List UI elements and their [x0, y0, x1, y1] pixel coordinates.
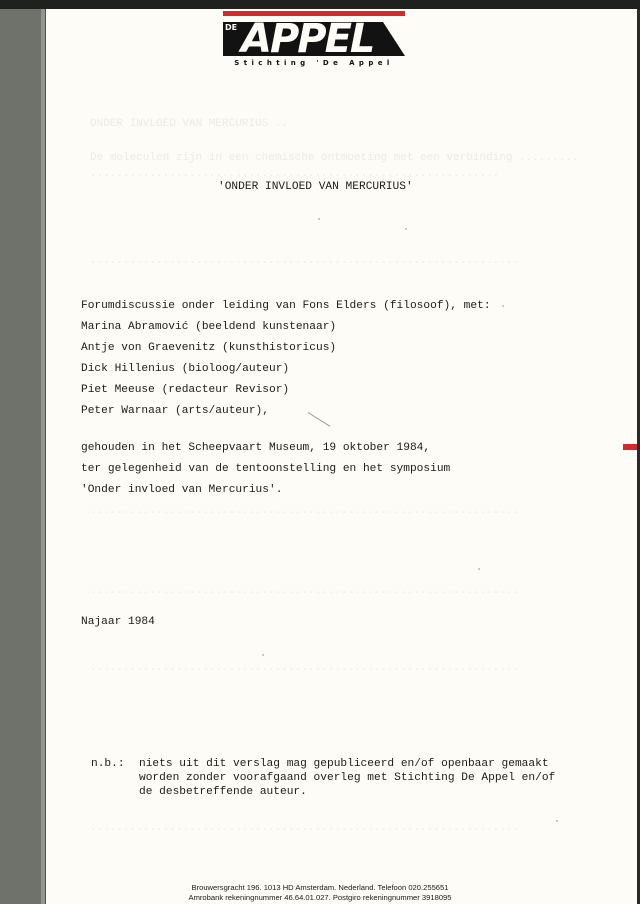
logo-red-bar	[223, 11, 405, 16]
bleed-through-text: ........................................…	[90, 585, 580, 597]
participant: Piet Meeuse (redacteur Revisor)	[81, 383, 289, 397]
bleed-through-text: ........................................…	[90, 505, 580, 517]
footer-bank: Amrobank rekeningnummer 46.64.01.027. Po…	[160, 893, 480, 902]
logo-word: APPEL	[241, 22, 373, 56]
binder-spine	[0, 9, 41, 904]
de-appel-logo: DE APPEL Stichting 'De Appel	[222, 9, 406, 69]
document-date: Najaar 1984	[81, 615, 155, 629]
participant: Antje von Graevenitz (kunsthistoricus)	[81, 341, 336, 355]
participant: Marina Abramović (beeldend kunstenaar)	[81, 320, 336, 334]
occasion-line: ter gelegenheid van de tentoonstelling e…	[81, 462, 450, 476]
bleed-through-text: ........................................…	[90, 822, 580, 834]
bleed-through-text: De moleculen zijn in een chemische ontmo…	[90, 152, 580, 164]
participant: Dick Hillenius (bioloog/auteur)	[81, 362, 289, 376]
note-line: niets uit dit verslag mag gepubliceerd e…	[139, 757, 549, 771]
paper-speck	[405, 228, 407, 230]
logo-subtitle: Stichting 'De Appel	[222, 59, 406, 67]
forum-intro: Forumdiscussie onder leiding van Fons El…	[81, 299, 491, 313]
paper-speck	[556, 820, 558, 822]
occasion-line: gehouden in het Scheepvaart Museum, 19 o…	[81, 441, 430, 455]
bleed-through-text: ........................................…	[90, 255, 580, 267]
logo-prefix: DE	[225, 23, 237, 32]
logo-notch	[383, 22, 405, 56]
note-line: worden zonder voorafgaand overleg met St…	[139, 771, 555, 785]
paper-speck	[478, 568, 480, 570]
participant: Peter Warnaar (arts/auteur),	[81, 404, 269, 418]
document-title: 'ONDER INVLOED VAN MERCURIUS'	[218, 180, 413, 194]
scan-top-edge	[0, 0, 640, 9]
logo-wordmark: DE APPEL	[223, 22, 405, 56]
paper-speck	[318, 218, 320, 220]
bleed-through-text: ONDER INVLOED VAN MERCURIUS ............…	[90, 118, 290, 130]
bleed-through-text: ........................................…	[90, 168, 580, 180]
paper-speck	[502, 305, 504, 307]
note-label: n.b.:	[91, 757, 125, 771]
note-line: de desbetreffende auteur.	[139, 785, 307, 799]
footer-address: Brouwersgracht 196. 1013 HD Amsterdam. N…	[160, 883, 480, 892]
red-index-tab	[623, 444, 637, 450]
paper-speck	[262, 654, 264, 656]
bleed-through-text: ........................................…	[90, 662, 580, 674]
occasion-line: 'Onder invloed van Mercurius'.	[81, 483, 282, 497]
